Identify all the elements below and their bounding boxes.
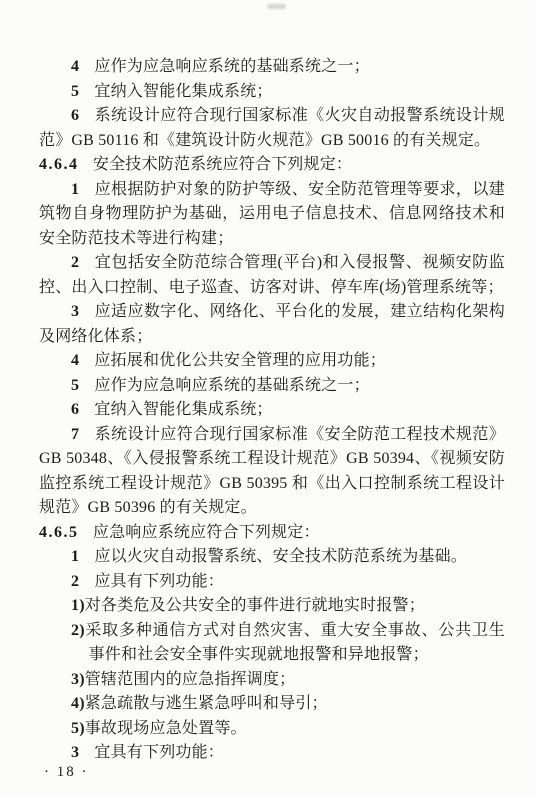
clause-number: 1 bbox=[71, 548, 79, 565]
clause-number: 4 bbox=[71, 352, 79, 369]
sub-clause: 5)事故现场应急处置等。 bbox=[39, 717, 505, 742]
clause-text: 宜具有下列功能： bbox=[94, 744, 224, 761]
section-title: 应急响应系统应符合下列规定： bbox=[93, 524, 320, 541]
sub-clause-text: 管辖范围内的应急指挥调度； bbox=[85, 671, 296, 688]
clause-text: 宜纳入智能化集成系统； bbox=[94, 401, 272, 418]
sub-clause-number: 2) bbox=[71, 622, 85, 639]
clause-text: 应以火灾自动报警系统、安全技术防范系统为基础。 bbox=[94, 548, 467, 565]
clause-item: 3宜具有下列功能： bbox=[39, 741, 505, 766]
clause-number: 4 bbox=[71, 58, 79, 75]
section-heading: 4.6.4安全技术防范系统应符合下列规定： bbox=[39, 153, 505, 178]
clause-number: 2 bbox=[71, 573, 79, 590]
clause-number: 7 bbox=[71, 426, 79, 443]
scan-smudge-artifact bbox=[267, 4, 286, 9]
sub-clause: 2)采取多种通信方式对自然灾害、重大安全事故、公共卫生事件和社会安全事件实现就地… bbox=[39, 619, 505, 668]
clause-text: 系统设计应符合现行国家标准《火灾自动报警系统设计规范》GB 50116 和《建筑… bbox=[39, 107, 505, 149]
clause-text: 宜纳入智能化集成系统； bbox=[94, 83, 272, 100]
sub-clause-number: 3) bbox=[71, 671, 85, 688]
clause-item: 1应以火灾自动报警系统、安全技术防范系统为基础。 bbox=[39, 545, 505, 570]
clause-item: 4应作为应急响应系统的基础系统之一； bbox=[39, 55, 505, 80]
section-number: 4.6.4 bbox=[39, 156, 79, 173]
clause-item: 2宜包括安全防范综合管理(平台)和入侵报警、视频安防监控、出入口控制、电子巡查、… bbox=[39, 251, 505, 300]
clause-item: 5宜纳入智能化集成系统； bbox=[39, 80, 505, 105]
sub-clause: 4)紧急疏散与逃生紧急呼叫和导引； bbox=[39, 692, 505, 717]
clause-item: 6宜纳入智能化集成系统； bbox=[39, 398, 505, 423]
sub-clause: 1)对各类危及公共安全的事件进行就地实时报警； bbox=[39, 594, 505, 619]
sub-clause: 3)管辖范围内的应急指挥调度； bbox=[39, 668, 505, 693]
sub-clause-text: 采取多种通信方式对自然灾害、重大安全事故、公共卫生事件和社会安全事件实现就地报警… bbox=[85, 622, 505, 664]
clause-text: 系统设计应符合现行国家标准《安全防范工程技术规范》GB 50348、《入侵报警系… bbox=[39, 426, 505, 517]
body-text-block: 4应作为应急响应系统的基础系统之一； 5宜纳入智能化集成系统； 6系统设计应符合… bbox=[39, 55, 505, 766]
clause-text: 宜包括安全防范综合管理(平台)和入侵报警、视频安防监控、出入口控制、电子巡查、访… bbox=[39, 254, 505, 296]
clause-number: 1 bbox=[71, 181, 79, 198]
sub-clause-number: 4) bbox=[71, 695, 85, 712]
section-title: 安全技术防范系统应符合下列规定： bbox=[93, 156, 352, 173]
clause-item: 1应根据防护对象的防护等级、安全防范管理等要求，以建筑物自身物理防护为基础，运用… bbox=[39, 178, 505, 252]
clause-text: 应作为应急响应系统的基础系统之一； bbox=[94, 377, 369, 394]
document-page: 4应作为应急响应系统的基础系统之一； 5宜纳入智能化集成系统； 6系统设计应符合… bbox=[0, 0, 536, 798]
clause-text: 应拓展和优化公共安全管理的应用功能； bbox=[94, 352, 386, 369]
clause-item: 6系统设计应符合现行国家标准《火灾自动报警系统设计规范》GB 50116 和《建… bbox=[39, 104, 505, 153]
clause-item: 3应适应数字化、网络化、平台化的发展，建立结构化架构及网络化体系； bbox=[39, 300, 505, 349]
clause-number: 2 bbox=[71, 254, 79, 271]
sub-clause-text: 事故现场应急处置等。 bbox=[85, 720, 247, 737]
sub-clause-number: 1) bbox=[71, 597, 85, 614]
clause-number: 3 bbox=[71, 744, 79, 761]
clause-number: 5 bbox=[71, 83, 79, 100]
sub-clause-text: 对各类危及公共安全的事件进行就地实时报警； bbox=[85, 597, 425, 614]
clause-item: 2应具有下列功能： bbox=[39, 570, 505, 595]
clause-item: 5应作为应急响应系统的基础系统之一； bbox=[39, 374, 505, 399]
clause-text: 应具有下列功能： bbox=[94, 573, 224, 590]
section-heading: 4.6.5应急响应系统应符合下列规定： bbox=[39, 521, 505, 546]
clause-number: 5 bbox=[71, 377, 79, 394]
clause-number: 3 bbox=[71, 303, 79, 320]
section-number: 4.6.5 bbox=[39, 524, 79, 541]
clause-number: 6 bbox=[71, 401, 79, 418]
clause-text: 应根据防护对象的防护等级、安全防范管理等要求，以建筑物自身物理防护为基础，运用电… bbox=[39, 181, 505, 247]
sub-clause-text: 紧急疏散与逃生紧急呼叫和导引； bbox=[85, 695, 328, 712]
clause-item: 4应拓展和优化公共安全管理的应用功能； bbox=[39, 349, 505, 374]
sub-clause-number: 5) bbox=[71, 720, 85, 737]
clause-text: 应适应数字化、网络化、平台化的发展，建立结构化架构及网络化体系； bbox=[39, 303, 505, 345]
clause-item: 7系统设计应符合现行国家标准《安全防范工程技术规范》GB 50348、《入侵报警… bbox=[39, 423, 505, 521]
page-number: · 18 · bbox=[44, 764, 89, 781]
clause-text: 应作为应急响应系统的基础系统之一； bbox=[94, 58, 369, 75]
clause-number: 6 bbox=[71, 107, 79, 124]
